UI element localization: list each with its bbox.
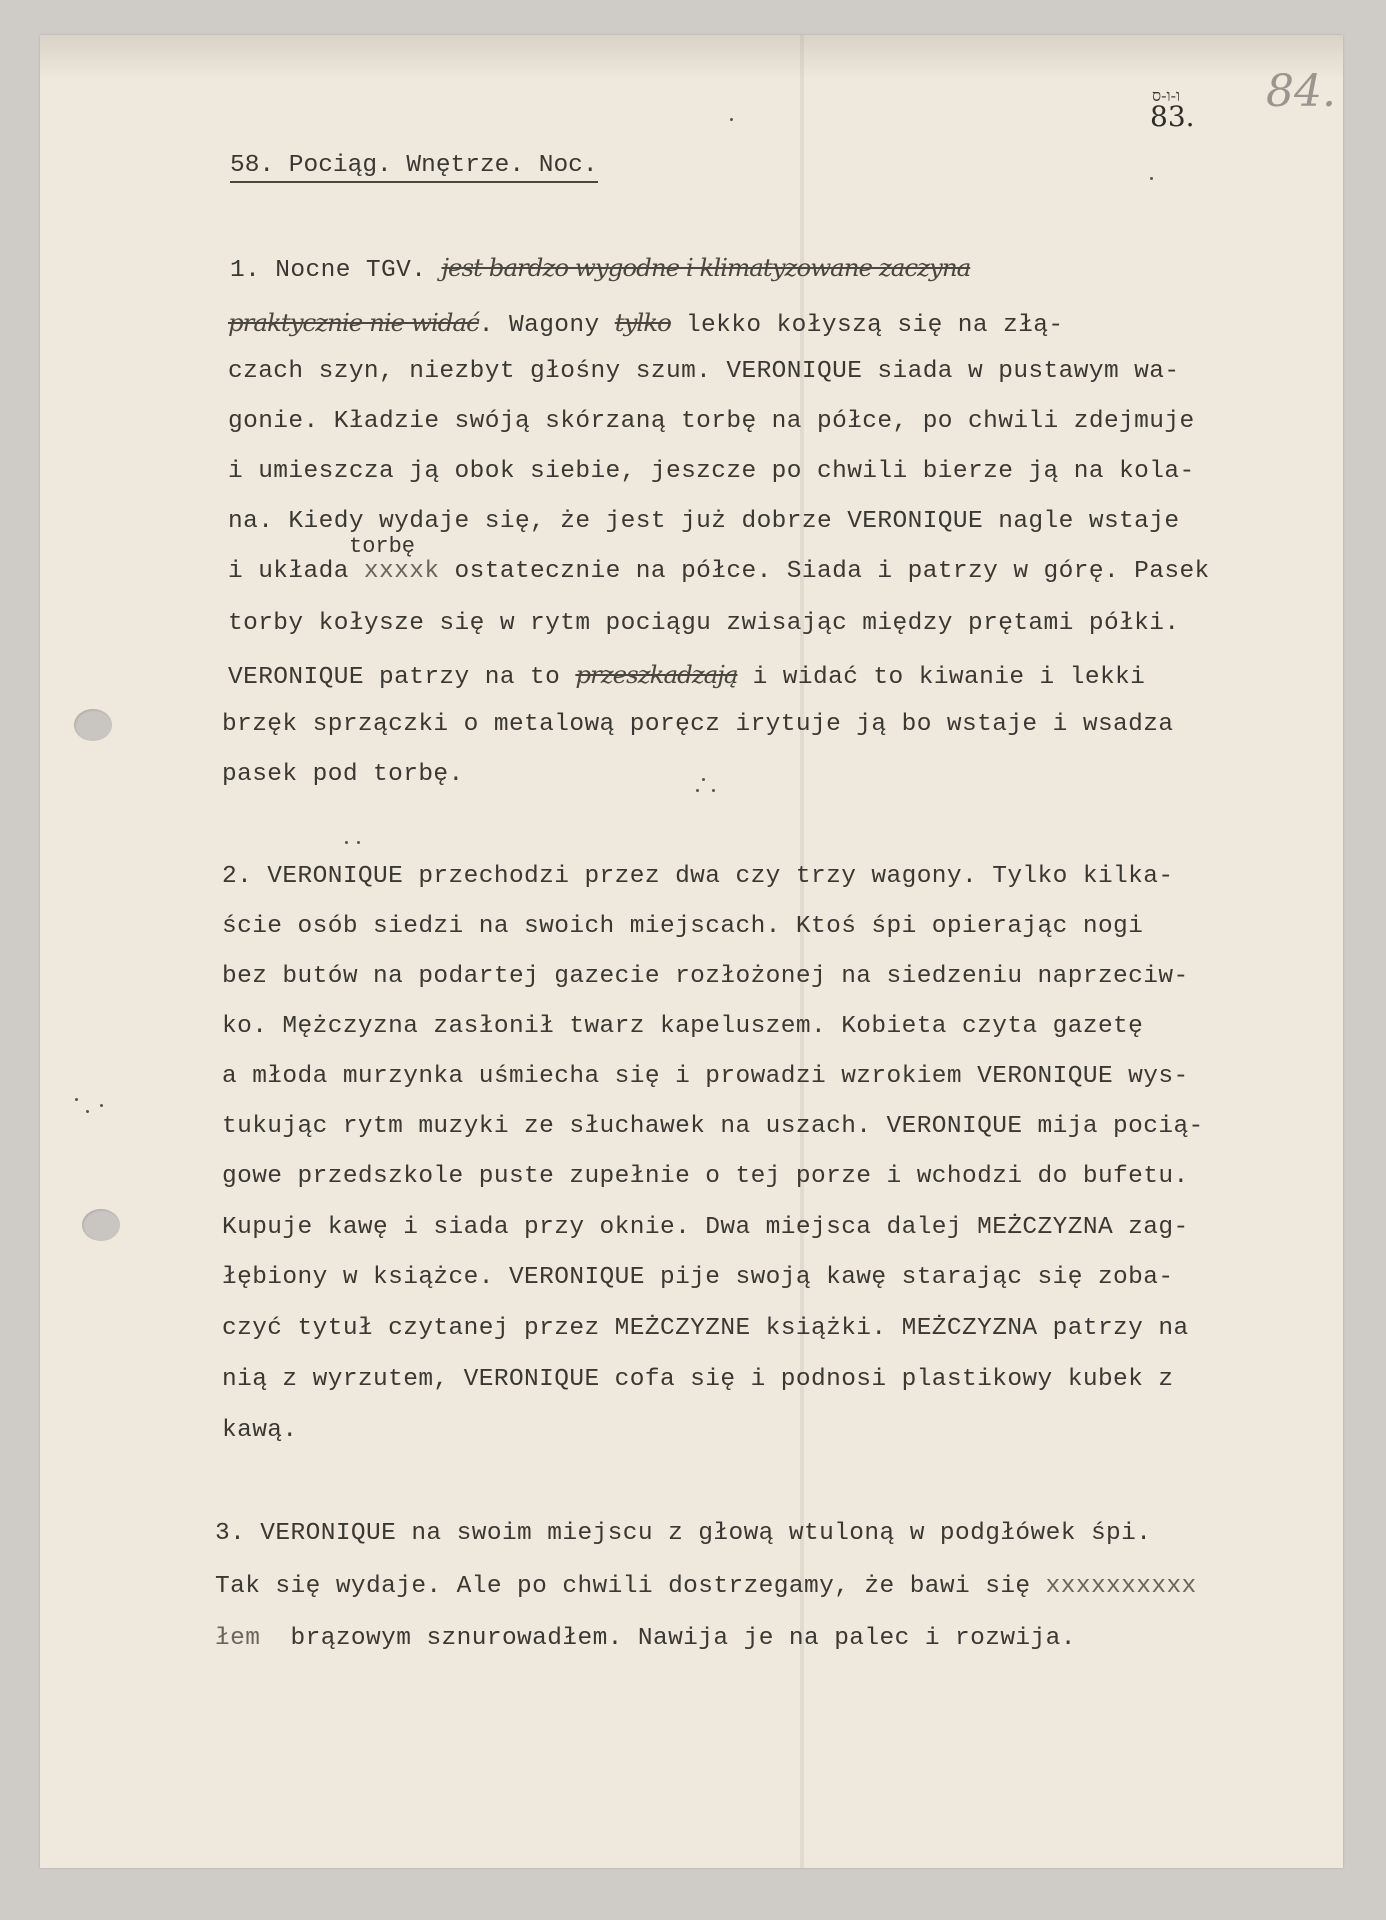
p1-line-4: gonie. Kładzie swóją skórzaną torbę na p… bbox=[228, 408, 1195, 435]
ink-speck bbox=[730, 118, 733, 121]
ink-page-number: 83. bbox=[1150, 100, 1195, 133]
insertion-above-line: torbę bbox=[349, 534, 415, 559]
ink-speck bbox=[712, 789, 715, 792]
punch-hole-upper bbox=[74, 709, 112, 741]
ink-speck bbox=[100, 1104, 103, 1107]
xed-out-text: xxxxk bbox=[364, 558, 440, 585]
p2-line-6: tukując rytm muzyki ze słuchawek na usza… bbox=[222, 1113, 1204, 1140]
p1-line-7: i układa xxxxk ostatecznie na półce. Sia… bbox=[228, 558, 1210, 585]
p1-line-5: i umieszcza ją obok siebie, jeszcze po c… bbox=[228, 458, 1195, 485]
scene-heading: 58. Pociąg. Wnętrze. Noc. bbox=[230, 152, 598, 183]
ink-speck bbox=[696, 789, 699, 792]
p1-line-11: pasek pod torbę. bbox=[222, 761, 464, 788]
ink-speck bbox=[86, 1110, 89, 1113]
p2-line-5: a młoda murzynka uśmiecha się i prowadzi… bbox=[222, 1063, 1189, 1090]
ink-speck bbox=[345, 841, 348, 844]
p1-line-1: 1. Nocne TGV. jest bardzo wygodne i klim… bbox=[230, 253, 970, 284]
p2-line-2: ście osób siedzi na swoich miejscach. Kt… bbox=[222, 913, 1143, 940]
pencil-page-number: 84. bbox=[1266, 66, 1336, 117]
p1-line-9: VERONIQUE patrzy na to przeszkadzają i w… bbox=[228, 660, 1145, 691]
top-smudge bbox=[40, 35, 1343, 80]
xed-out-text: xxxxxxxxxx bbox=[1046, 1573, 1197, 1600]
ink-speck bbox=[357, 841, 360, 844]
p2-line-1: 2. VERONIQUE przechodzi przez dwa czy tr… bbox=[222, 863, 1173, 890]
p1-line-3: czach szyn, niezbyt głośny szum. VERONIQ… bbox=[228, 358, 1179, 385]
p2-line-10: czyć tytuł czytanej przez MEŻCZYZNE ksią… bbox=[222, 1315, 1189, 1342]
ink-speck bbox=[75, 1098, 78, 1101]
p3-line-1: 3. VERONIQUE na swoim miejscu z głową wt… bbox=[215, 1520, 1151, 1547]
struck-text: praktycznie nie widać bbox=[228, 308, 479, 337]
p2-line-11: nią z wyrzutem, VERONIQUE cofa się i pod… bbox=[222, 1366, 1173, 1393]
p2-line-12: kawą. bbox=[222, 1417, 298, 1444]
p2-line-9: łębiony w książce. VERONIQUE pije swoją … bbox=[222, 1264, 1173, 1291]
xed-out-text: łem bbox=[215, 1625, 260, 1652]
p2-line-3: bez butów na podartej gazecie rozłożonej… bbox=[222, 963, 1189, 990]
p2-line-4: ko. Mężczyzna zasłonił twarz kapeluszem.… bbox=[222, 1013, 1143, 1040]
p1-line-8: torby kołysze się w rytm pociągu zwisają… bbox=[228, 610, 1179, 637]
ink-speck bbox=[702, 778, 705, 781]
p1-line-2: praktycznie nie widać. Wagony tylko lekk… bbox=[228, 308, 1064, 339]
p3-line-3: łem brązowym sznurowadłem. Nawija je na … bbox=[215, 1625, 1076, 1652]
punch-hole-lower bbox=[82, 1209, 120, 1241]
struck-text: jest bardzo wygodne i klimatyzowane zacz… bbox=[441, 253, 970, 282]
struck-text: przeszkadzają bbox=[575, 660, 737, 689]
p1-line-6: na. Kiedy wydaje się, że jest już dobrze… bbox=[228, 508, 1179, 535]
p2-line-8: Kupuje kawę i siada przy oknie. Dwa miej… bbox=[222, 1214, 1189, 1241]
p3-line-2: Tak się wydaje. Ale po chwili dostrzegam… bbox=[215, 1573, 1197, 1600]
p1-line-10: brzęk sprzączki o metalową poręcz irytuj… bbox=[222, 711, 1173, 738]
p2-line-7: gowe przedszkole puste zupełnie o tej po… bbox=[222, 1163, 1189, 1190]
ink-speck bbox=[1150, 177, 1153, 180]
struck-text: tylko bbox=[615, 308, 671, 337]
